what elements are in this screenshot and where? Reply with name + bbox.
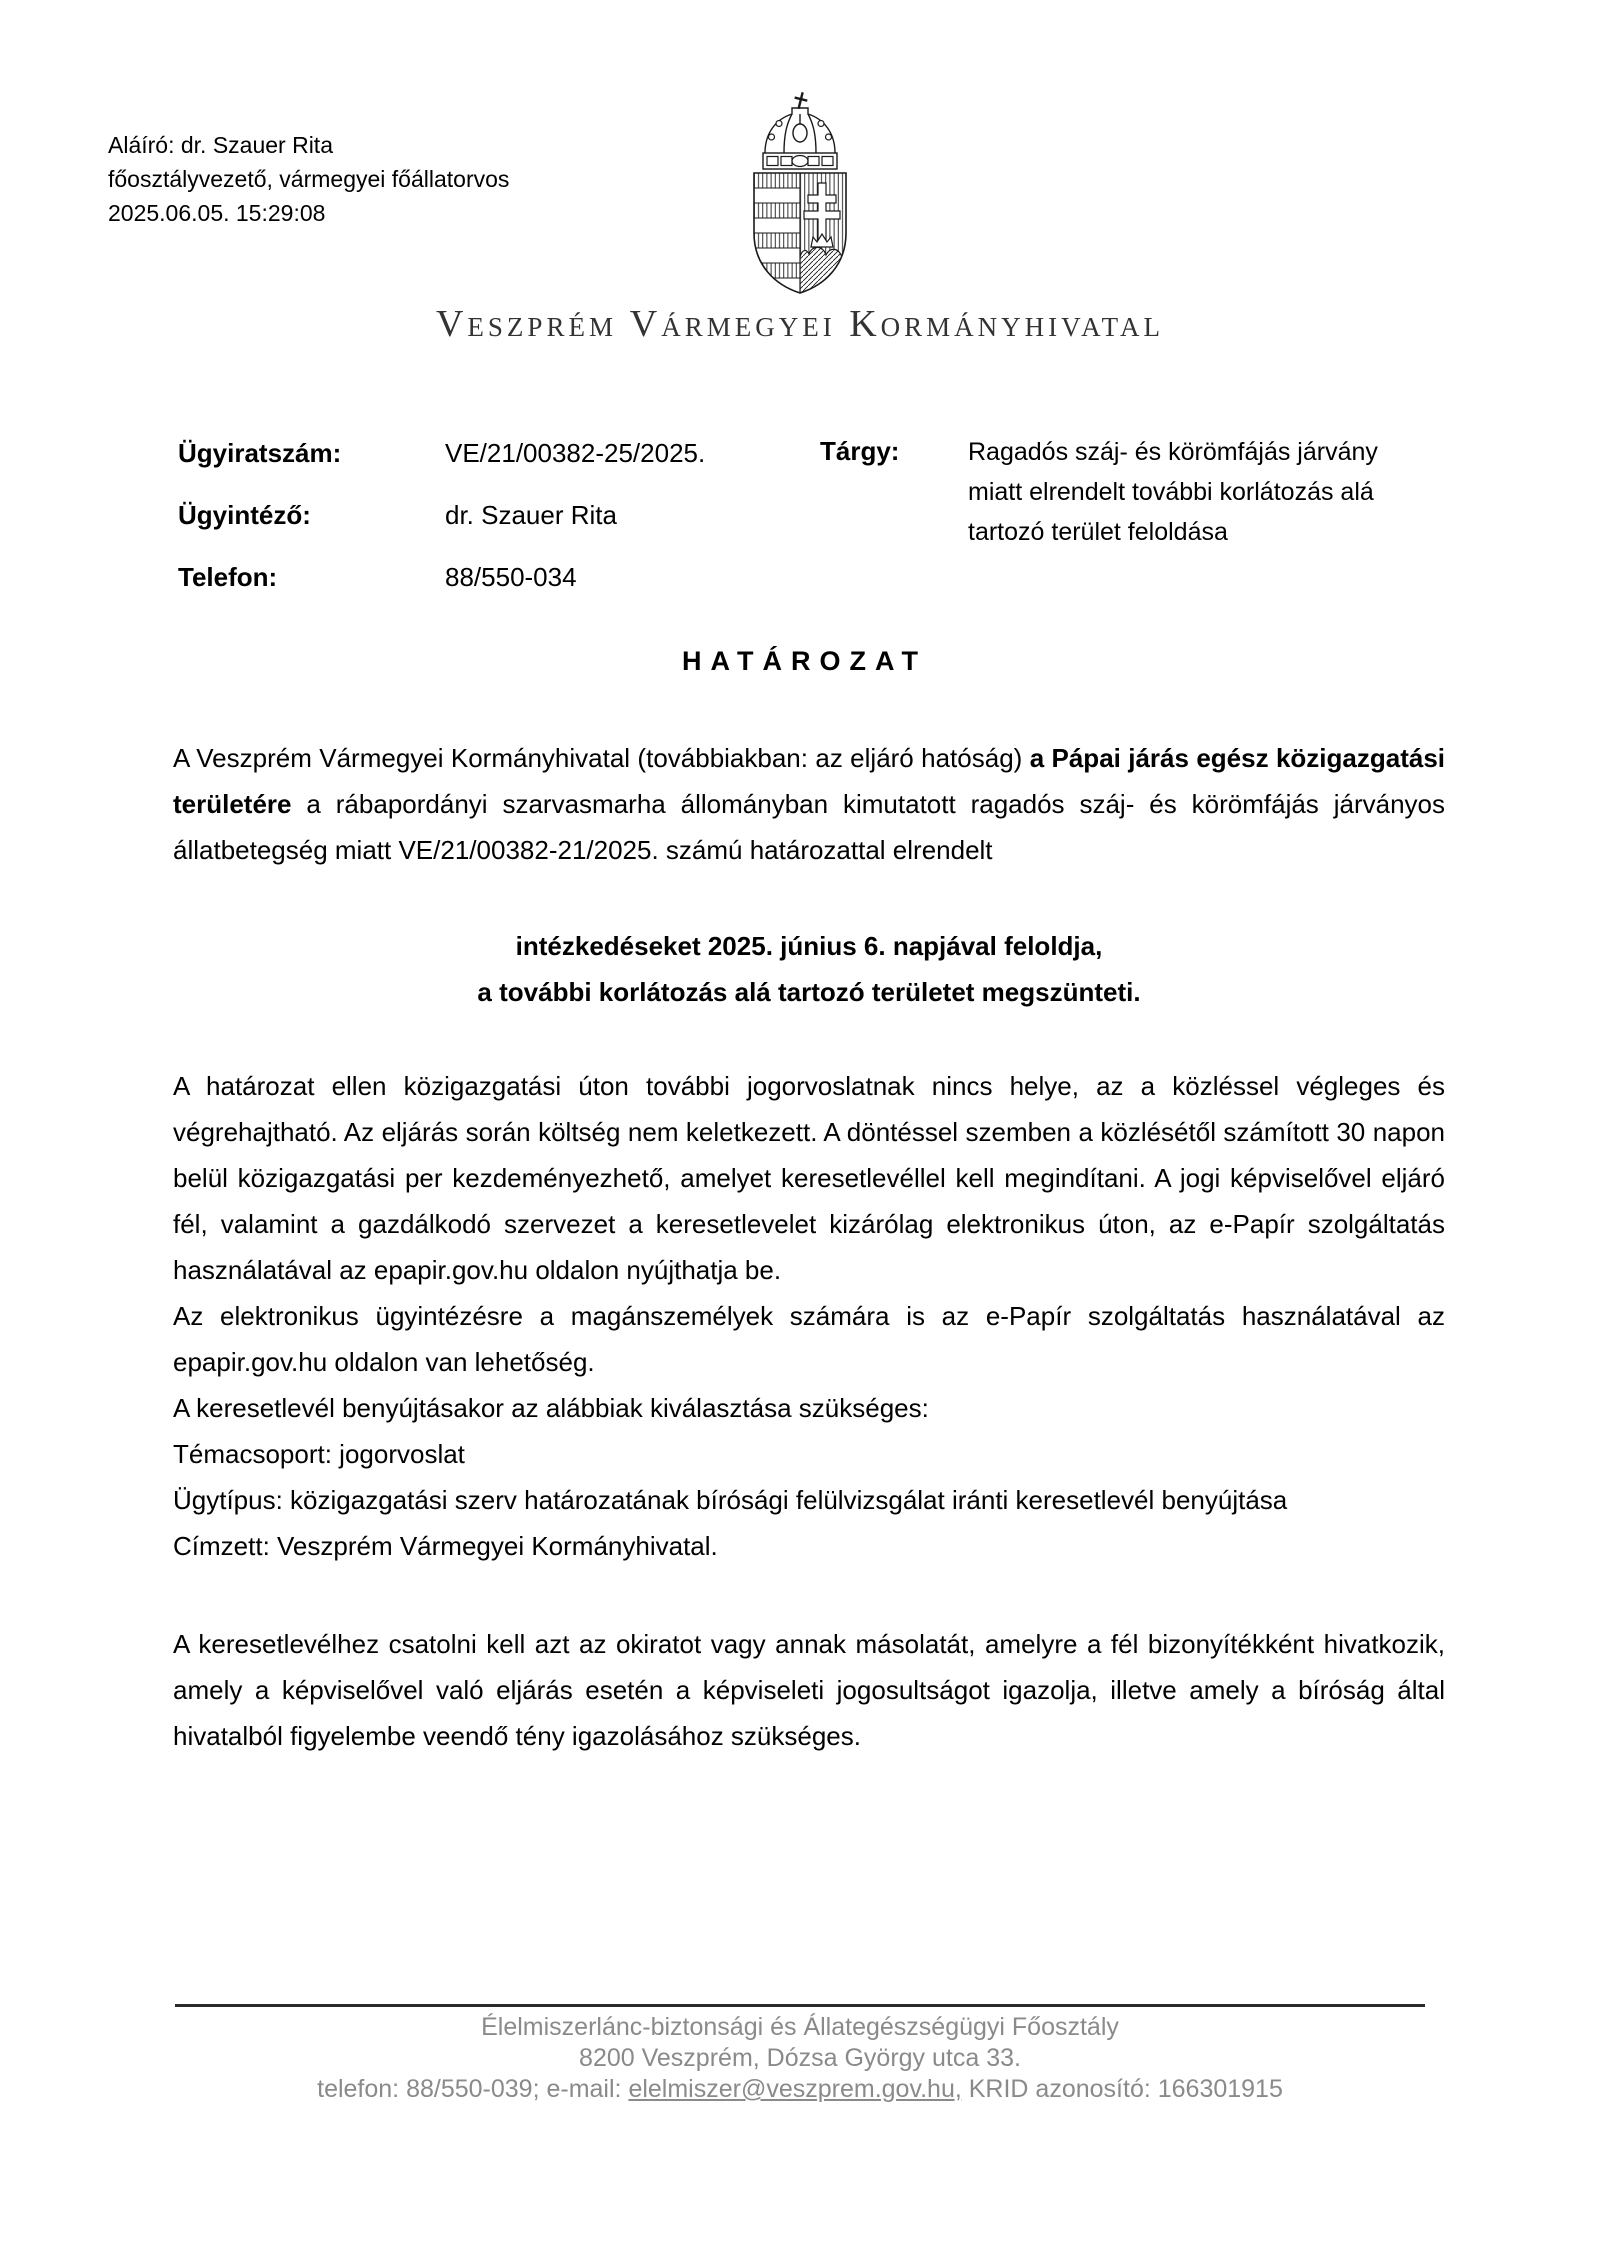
officer-value: dr. Szauer Rita — [445, 500, 617, 531]
footer-department: Élelmiszerlánc-biztonsági és Állategészs… — [0, 2012, 1600, 2043]
paragraph-intro-pre: A Veszprém Vármegyei Kormányhivatal (tov… — [173, 743, 1030, 773]
paragraph-case-type: Ügytípus: közigazgatási szerv határozatá… — [173, 1477, 1445, 1523]
paragraph-intro-post: a rábapordányi szarvasmarha állományban … — [173, 789, 1445, 865]
phone-value: 88/550-034 — [445, 562, 577, 593]
paragraph-attachments: A keresetlevélhez csatolni kell azt az o… — [173, 1621, 1445, 1759]
signer-name: Aláíró: dr. Szauer Rita — [108, 128, 509, 162]
signature-block: Aláíró: dr. Szauer Rita főosztályvezető,… — [108, 128, 509, 230]
officer-label: Ügyintéző: — [178, 500, 311, 531]
decision-statement: intézkedéseket 2025. június 6. napjával … — [173, 923, 1445, 1015]
footer-contact-post: KRID azonosító: 166301915 — [962, 2075, 1283, 2103]
case-number-label: Ügyiratszám: — [178, 438, 341, 469]
document-title: HATÁROZAT — [0, 646, 1600, 677]
footer-contact-pre: telefon: 88/550-039; e-mail: — [317, 2075, 628, 2103]
footer-address: 8200 Veszprém, Dózsa György utca 33. — [0, 2043, 1600, 2074]
footer-email-link[interactable]: elelmiszer@veszprem.gov.hu, — [628, 2075, 961, 2103]
hungarian-coat-of-arms-icon — [748, 90, 852, 298]
paragraph-epapir: Az elektronikus ügyintézésre a magánszem… — [173, 1293, 1445, 1385]
document-page: Aláíró: dr. Szauer Rita főosztályvezető,… — [0, 0, 1600, 2263]
paragraph-selection-intro: A keresetlevél benyújtásakor az alábbiak… — [173, 1385, 1445, 1431]
decision-line-2: a további korlátozás alá tartozó terület… — [477, 977, 1140, 1007]
document-body: A Veszprém Vármegyei Kormányhivatal (tov… — [173, 735, 1445, 1759]
phone-label: Telefon: — [178, 562, 277, 593]
case-number-value: VE/21/00382-25/2025. — [445, 438, 705, 469]
subject-value: Ragadós száj- és körömfájás járvány miat… — [968, 432, 1392, 552]
footer-contact-line: telefon: 88/550-039; e-mail: elelmiszer@… — [0, 2074, 1600, 2105]
organization-title: Veszprém Vármegyei Kormányhivatal — [0, 302, 1600, 346]
subject-label: Tárgy: — [820, 436, 899, 467]
decision-line-1: intézkedéseket 2025. június 6. napjával … — [516, 931, 1103, 961]
paragraph-topic-group: Témacsoport: jogorvoslat — [173, 1431, 1445, 1477]
paragraph-addressee: Címzett: Veszprém Vármegyei Kormányhivat… — [173, 1523, 1445, 1569]
paragraph-legal-remedy: A határozat ellen közigazgatási úton tov… — [173, 1063, 1445, 1293]
signature-timestamp: 2025.06.05. 15:29:08 — [108, 196, 509, 230]
paragraph-intro: A Veszprém Vármegyei Kormányhivatal (tov… — [173, 735, 1445, 873]
footer: Élelmiszerlánc-biztonsági és Állategészs… — [0, 2012, 1600, 2105]
signer-title: főosztályvezető, vármegyei főállatorvos — [108, 162, 509, 196]
footer-divider — [175, 2004, 1425, 2007]
